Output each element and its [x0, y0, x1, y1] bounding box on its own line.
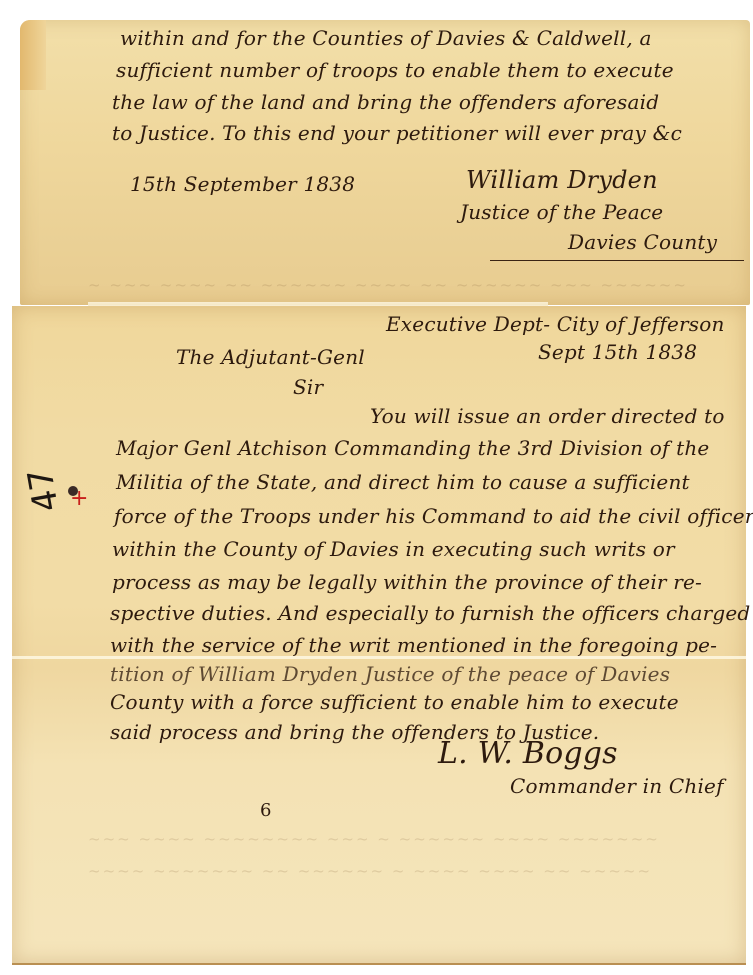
bleed-through-text-lower-1: ~~~ ~~~~ ~~~~~~~~ ~~~ ~ ~~~~~~ ~~~~ ~~~~…	[88, 830, 660, 848]
order-addressee: The Adjutant-Genl	[176, 345, 365, 369]
page-number: 6	[260, 800, 272, 821]
petition-signature-name: William Dryden	[466, 166, 658, 194]
order-line-9: tition of William Dryden Justice of the …	[110, 662, 670, 686]
ink-blot	[68, 486, 78, 496]
order-heading-line-1: Executive Dept- City of Jefferson	[386, 312, 725, 336]
order-line-2: Major Genl Atchison Commanding the 3rd D…	[116, 436, 709, 460]
order-line-10: County with a force sufficient to enable…	[110, 690, 679, 714]
order-line-5: within the County of Davies in executing…	[112, 537, 675, 561]
signature-underline	[490, 260, 744, 261]
manuscript-sheet: within and for the Counties of Davies & …	[8, 0, 750, 968]
petition-signature-county: Davies County	[568, 230, 717, 254]
order-line-8: with the service of the writ mentioned i…	[110, 633, 717, 657]
order-line-7: spective duties. And especially to furni…	[110, 601, 750, 625]
order-signature-name: L. W. Boggs	[438, 736, 618, 771]
order-salutation: Sir	[293, 375, 323, 399]
petition-line-2: sufficient number of troops to enable th…	[116, 58, 674, 82]
petition-line-3: the law of the land and bring the offend…	[112, 90, 659, 114]
bleed-through-text-lower-2: ~~~~ ~~~~~~~ ~~ ~~~~~~ ~ ~~~~ ~~~~ ~~ ~~…	[88, 862, 652, 880]
petition-date: 15th September 1838	[130, 172, 355, 196]
order-line-3: Militia of the State, and direct him to …	[116, 470, 690, 494]
order-line-6: process as may be legally within the pro…	[112, 570, 702, 594]
petition-line-4: to Justice. To this end your petitioner …	[112, 121, 682, 145]
petition-line-1: within and for the Counties of Davies & …	[120, 26, 652, 50]
worn-corner	[20, 20, 46, 90]
bleed-through-text: ~ ~~~ ~~~~ ~~ ~~~~~~ ~~~~ ~~ ~~~~~~ ~~~ …	[88, 276, 688, 294]
margin-number: 47	[20, 465, 67, 515]
petition-signature-title: Justice of the Peace	[460, 200, 663, 224]
order-line-4: force of the Troops under his Command to…	[114, 504, 753, 528]
order-line-1: You will issue an order directed to	[370, 404, 725, 428]
order-heading-line-2: Sept 15th 1838	[538, 340, 697, 364]
order-signature-title: Commander in Chief	[510, 774, 724, 798]
